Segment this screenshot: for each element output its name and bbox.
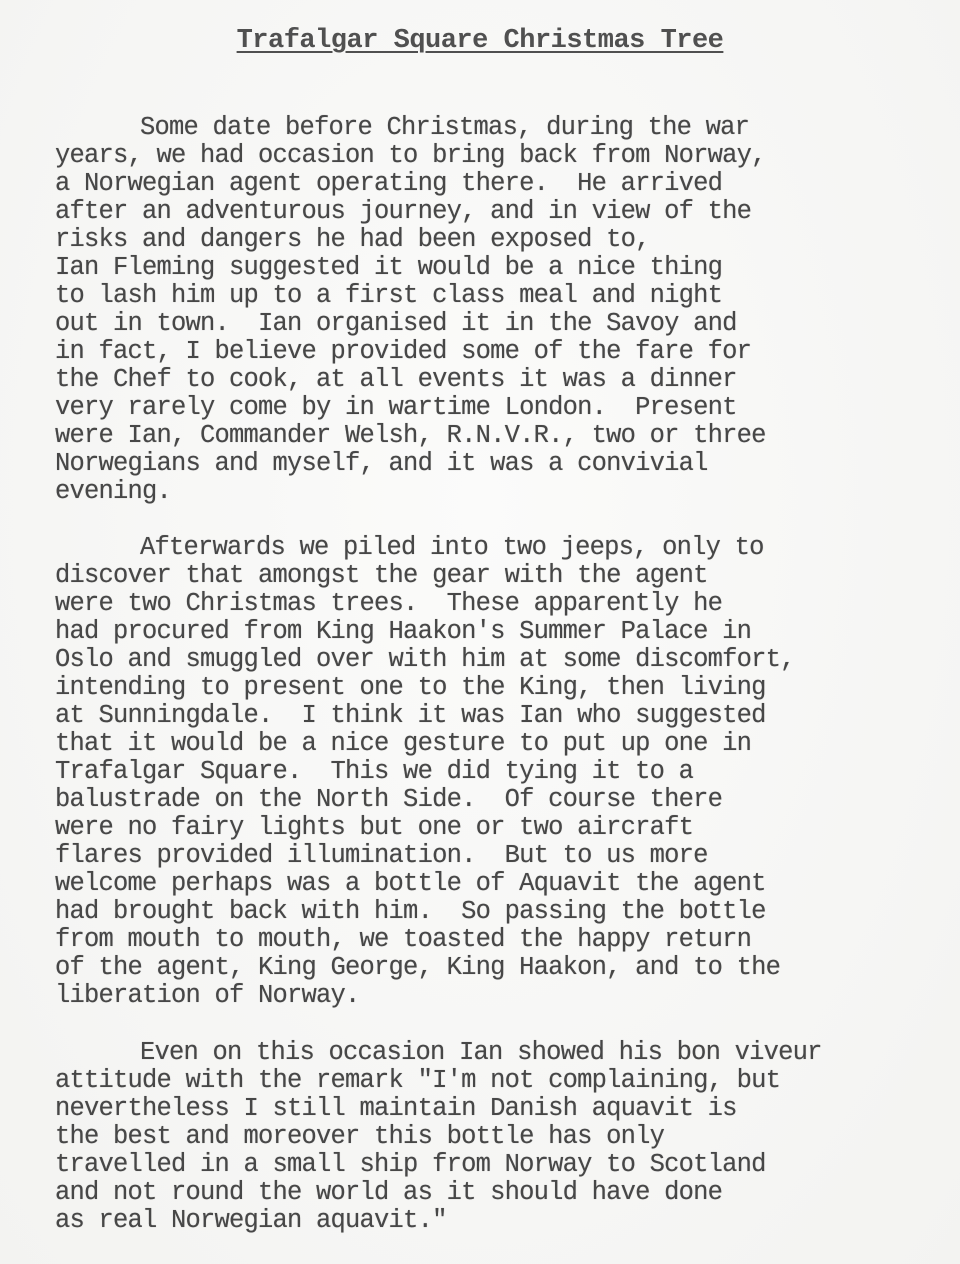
text-line: risks and dangers he had been exposed to…	[55, 226, 935, 254]
text-line: were two Christmas trees. These apparent…	[55, 590, 935, 618]
typewritten-page: Trafalgar Square Christmas Tree Some dat…	[0, 0, 960, 1264]
text-line: had procured from King Haakon's Summer P…	[55, 618, 935, 646]
text-line: nevertheless I still maintain Danish aqu…	[55, 1095, 935, 1123]
text-line: balustrade on the North Side. Of course …	[55, 786, 935, 814]
text-line: flares provided illumination. But to us …	[55, 842, 935, 870]
text-line: were no fairy lights but one or two airc…	[55, 814, 935, 842]
text-line: Even on this occasion Ian showed his bon…	[55, 1039, 935, 1067]
text-line: Norwegians and myself, and it was a conv…	[55, 450, 935, 478]
text-line: welcome perhaps was a bottle of Aquavit …	[55, 870, 935, 898]
text-line: discover that amongst the gear with the …	[55, 562, 935, 590]
text-line: a Norwegian agent operating there. He ar…	[55, 170, 935, 198]
text-line: Trafalgar Square. This we did tying it t…	[55, 758, 935, 786]
text-line: were Ian, Commander Welsh, R.N.V.R., two…	[55, 422, 935, 450]
text-line: in fact, I believe provided some of the …	[55, 338, 935, 366]
document-title-text: Trafalgar Square Christmas Tree	[237, 26, 724, 56]
text-line: the Chef to cook, at all events it was a…	[55, 366, 935, 394]
text-line: to lash him up to a first class meal and…	[55, 282, 935, 310]
paragraph-2: Afterwards we piled into two jeeps, only…	[55, 534, 935, 1010]
text-line: Some date before Christmas, during the w…	[55, 114, 935, 142]
text-line: very rarely come by in wartime London. P…	[55, 394, 935, 422]
text-line: years, we had occasion to bring back fro…	[55, 142, 935, 170]
paragraph-3: Even on this occasion Ian showed his bon…	[55, 1039, 935, 1235]
text-line: of the agent, King George, King Haakon, …	[55, 954, 935, 982]
text-line: travelled in a small ship from Norway to…	[55, 1151, 935, 1179]
text-line: attitude with the remark "I'm not compla…	[55, 1067, 935, 1095]
text-line: out in town. Ian organised it in the Sav…	[55, 310, 935, 338]
text-line: as real Norwegian aquavit."	[55, 1207, 935, 1235]
document-title: Trafalgar Square Christmas Tree	[0, 26, 960, 56]
text-line: intending to present one to the King, th…	[55, 674, 935, 702]
text-line: that it would be a nice gesture to put u…	[55, 730, 935, 758]
text-line: had brought back with him. So passing th…	[55, 898, 935, 926]
text-line: Oslo and smuggled over with him at some …	[55, 646, 935, 674]
text-line: from mouth to mouth, we toasted the happ…	[55, 926, 935, 954]
text-line: the best and moreover this bottle has on…	[55, 1123, 935, 1151]
text-line: after an adventurous journey, and in vie…	[55, 198, 935, 226]
text-line: Afterwards we piled into two jeeps, only…	[55, 534, 935, 562]
text-line: liberation of Norway.	[55, 982, 935, 1010]
text-line: evening.	[55, 478, 935, 506]
text-line: Ian Fleming suggested it would be a nice…	[55, 254, 935, 282]
text-line: at Sunningdale. I think it was Ian who s…	[55, 702, 935, 730]
text-line: and not round the world as it should hav…	[55, 1179, 935, 1207]
paragraph-1: Some date before Christmas, during the w…	[55, 114, 935, 506]
